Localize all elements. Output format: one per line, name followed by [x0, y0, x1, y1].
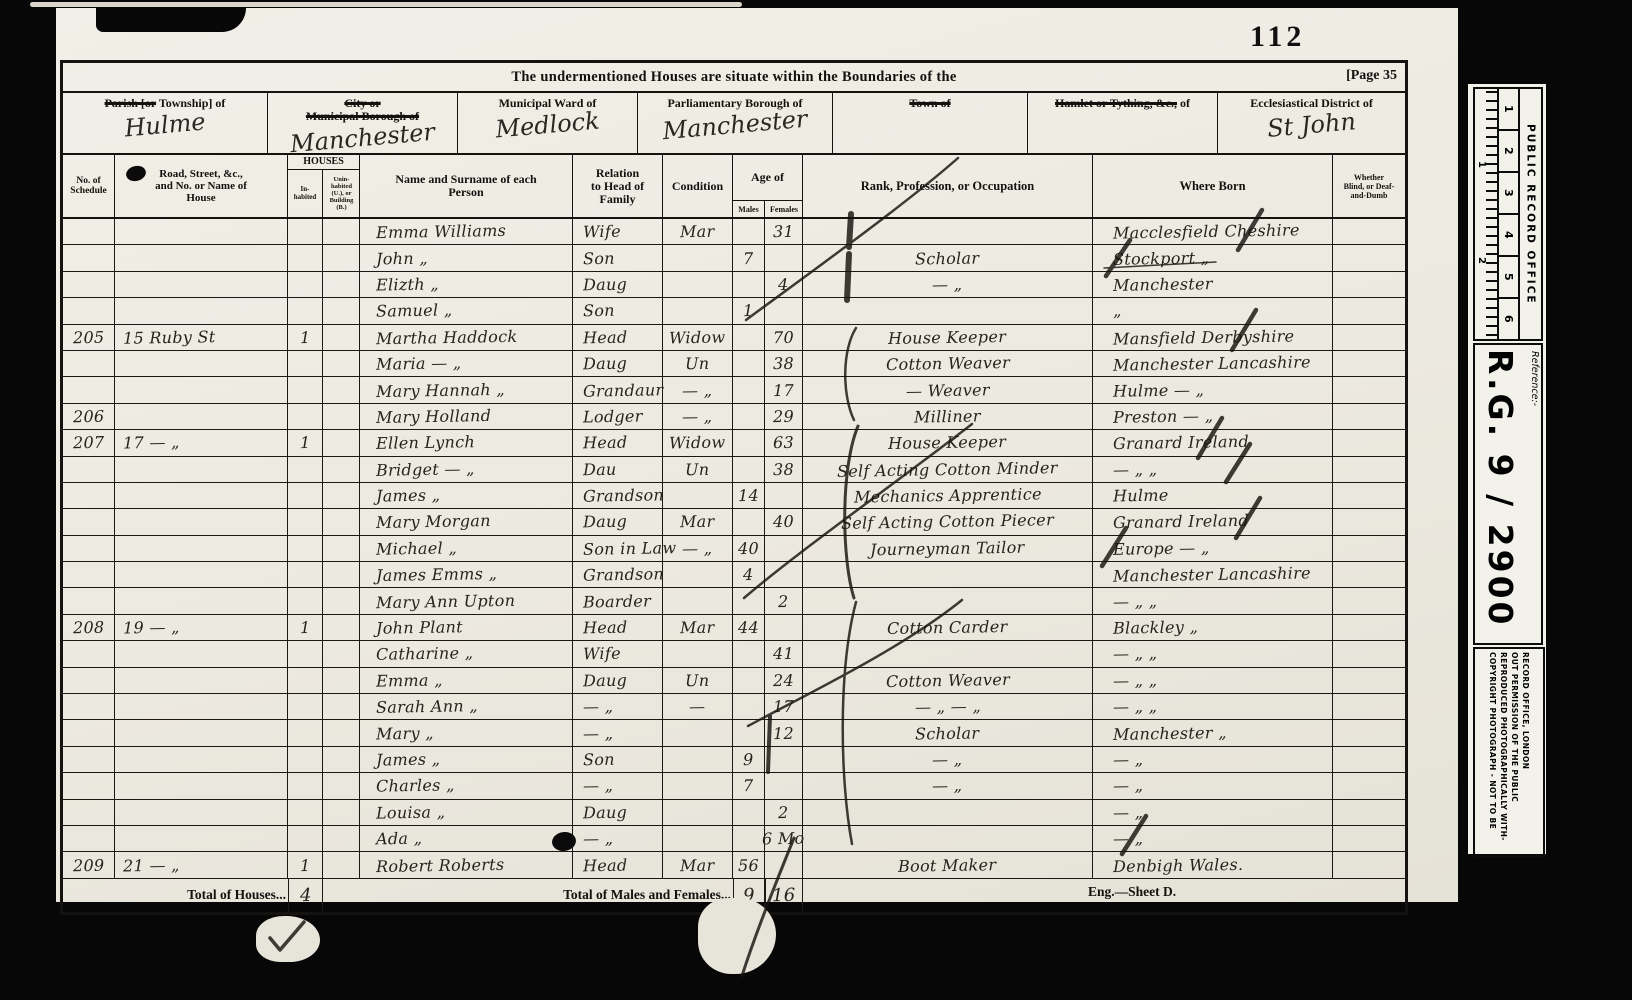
- condition-cell: [663, 826, 733, 851]
- table-row: Sarah Ann „ — „ — 17 — „ — „ — „ „: [63, 694, 1405, 720]
- road-cell: [115, 404, 288, 429]
- where-born-cell: „: [1093, 298, 1333, 323]
- condition-cell: [663, 483, 733, 508]
- relation-cell: Daug: [573, 351, 663, 376]
- condition-cell: [663, 720, 733, 745]
- where-born-cell: Europe — „: [1093, 536, 1333, 561]
- blind-cell: [1333, 325, 1405, 350]
- where-born-cell: Blackley „: [1093, 615, 1333, 640]
- where-born-cell: Manchester „: [1093, 720, 1333, 745]
- blind-cell: [1333, 219, 1405, 244]
- age-male-cell: [733, 430, 765, 455]
- uninhabited-cell: [323, 404, 360, 429]
- where-born-cell: Hulme — „: [1093, 377, 1333, 402]
- col-road: Road, Street, &c.,and No. or Name ofHous…: [115, 155, 288, 217]
- age-female-cell: [765, 773, 803, 798]
- inhabited-cell: [288, 245, 323, 270]
- road-cell: 19 — „: [115, 615, 288, 640]
- road-cell: [115, 219, 288, 244]
- uninhabited-cell: [323, 219, 360, 244]
- field-parliamentary-borough: Parliamentary Borough of Manchester: [638, 93, 833, 153]
- col-age-males: Males: [733, 201, 765, 217]
- table-row: Elizth „ Daug 4 — „ Manchester: [63, 272, 1405, 298]
- age-female-cell: 12: [765, 720, 803, 745]
- relation-cell: Grandson: [573, 562, 663, 587]
- name-cell: Catharine „: [360, 641, 573, 666]
- pro-reference-box: Reference:- R.G. 9 / 2900: [1473, 343, 1543, 645]
- road-cell: [115, 483, 288, 508]
- col-inhabited: In-habited: [288, 170, 323, 217]
- uninhabited-cell: [323, 800, 360, 825]
- name-cell: Ellen Lynch: [360, 430, 573, 455]
- schedule-cell: [63, 694, 115, 719]
- blind-cell: [1333, 430, 1405, 455]
- occupation-cell: [803, 298, 1093, 323]
- name-cell: Maria — „: [360, 351, 573, 376]
- col-uninhabited: Unin-habited(U.), orBuilding(B.): [323, 170, 360, 217]
- inhabited-cell: [288, 509, 323, 534]
- blind-cell: [1333, 272, 1405, 297]
- sheet-edge-sliver: [30, 2, 742, 7]
- photo-corner-shadow: [96, 8, 246, 32]
- col-condition: Condition: [663, 155, 733, 217]
- name-cell: Emma Williams: [360, 219, 573, 244]
- uninhabited-cell: [323, 694, 360, 719]
- age-female-cell: 17: [765, 377, 803, 402]
- name-cell: James Emms „: [360, 562, 573, 587]
- table-row: Michael „ Son in Law — „ 40 Journeyman T…: [63, 536, 1405, 562]
- schedule-cell: [63, 668, 115, 693]
- name-cell: Mary „: [360, 720, 573, 745]
- table-row: 209 21 — „ 1 Robert Roberts Head Mar 56 …: [63, 852, 1405, 878]
- col-where-born: Where Born: [1093, 155, 1333, 217]
- inhabited-cell: [288, 483, 323, 508]
- occupation-cell: Cotton Weaver: [803, 351, 1093, 376]
- condition-cell: — „: [663, 377, 733, 402]
- schedule-cell: 207: [63, 430, 115, 455]
- uninhabited-cell: [323, 641, 360, 666]
- blind-cell: [1333, 483, 1405, 508]
- name-cell: John „: [360, 245, 573, 270]
- age-female-cell: [765, 483, 803, 508]
- total-houses-label: Total of Houses...: [63, 879, 288, 912]
- age-female-cell: 24: [765, 668, 803, 693]
- age-female-cell: [765, 245, 803, 270]
- inhabited-cell: 1: [288, 852, 323, 877]
- uninhabited-cell: [323, 826, 360, 851]
- name-cell: Michael „: [360, 536, 573, 561]
- col-schedule: No. ofSchedule: [63, 155, 115, 217]
- road-cell: [115, 351, 288, 376]
- relation-cell: Daug: [573, 668, 663, 693]
- where-born-cell: — „: [1093, 826, 1333, 851]
- relation-cell: Head: [573, 325, 663, 350]
- table-row: 206 Mary Holland Lodger — „ 29 Milliner …: [63, 404, 1405, 430]
- where-born-cell: Preston — „: [1093, 404, 1333, 429]
- relation-cell: Son: [573, 245, 663, 270]
- inhabited-cell: 1: [288, 430, 323, 455]
- table-row: Mary Ann Upton Boarder 2 — „ „: [63, 588, 1405, 614]
- age-female-cell: [765, 615, 803, 640]
- age-male-cell: 44: [733, 615, 765, 640]
- uninhabited-cell: [323, 351, 360, 376]
- road-cell: [115, 509, 288, 534]
- relation-cell: Son: [573, 747, 663, 772]
- col-age-females: Females: [765, 201, 803, 217]
- where-born-cell: Mansfield Derbyshire: [1093, 325, 1333, 350]
- relation-cell: — „: [573, 773, 663, 798]
- blind-cell: [1333, 298, 1405, 323]
- name-cell: Bridget — „: [360, 457, 573, 482]
- age-male-cell: 4: [733, 562, 765, 587]
- road-cell: 17 — „: [115, 430, 288, 455]
- table-row: James „ Grandson 14 Mechanics Apprentice…: [63, 483, 1405, 509]
- occupation-cell: Milliner: [803, 404, 1093, 429]
- name-cell: Mary Ann Upton: [360, 588, 573, 613]
- condition-cell: [663, 800, 733, 825]
- age-male-cell: [733, 668, 765, 693]
- inhabited-cell: 1: [288, 615, 323, 640]
- field-municipal-ward: Municipal Ward of Medlock: [458, 93, 638, 153]
- folio-stamp: 112: [1250, 20, 1305, 54]
- blind-cell: [1333, 747, 1405, 772]
- table-row: 208 19 — „ 1 John Plant Head Mar 44 Cott…: [63, 615, 1405, 641]
- name-cell: Charles „: [360, 773, 573, 798]
- occupation-cell: [803, 562, 1093, 587]
- condition-cell: Mar: [663, 615, 733, 640]
- paper-fragment: [698, 898, 776, 974]
- blind-cell: [1333, 668, 1405, 693]
- relation-cell: Lodger: [573, 404, 663, 429]
- where-born-cell: — „ „: [1093, 668, 1333, 693]
- relation-cell: Wife: [573, 641, 663, 666]
- blind-cell: [1333, 536, 1405, 561]
- uninhabited-cell: [323, 483, 360, 508]
- field-town: Town of: [833, 93, 1028, 153]
- paper-fragment: [256, 916, 320, 962]
- inhabited-cell: [288, 562, 323, 587]
- total-males-females-label: Total of Males and Females...: [360, 879, 733, 912]
- road-cell: [115, 245, 288, 270]
- where-born-cell: — „: [1093, 747, 1333, 772]
- where-born-cell: Manchester Lancashire: [1093, 562, 1333, 587]
- age-male-cell: 40: [733, 536, 765, 561]
- blind-cell: [1333, 509, 1405, 534]
- age-male-cell: [733, 509, 765, 534]
- inhabited-cell: [288, 536, 323, 561]
- census-sheet: 112 The undermentioned Houses are situat…: [56, 8, 1458, 902]
- road-cell: [115, 800, 288, 825]
- col-houses: HOUSES In-habited Unin-habited(U.), orBu…: [288, 155, 360, 217]
- pro-ruler: 1 2 1 2 3 4 5 6 PUBLIC RECORD OFFICE: [1473, 87, 1543, 341]
- relation-cell: Boarder: [573, 588, 663, 613]
- census-table: The undermentioned Houses are situate wi…: [60, 60, 1408, 915]
- age-male-cell: [733, 641, 765, 666]
- col-relation: Relationto Head ofFamily: [573, 155, 663, 217]
- inhabited-cell: 1: [288, 325, 323, 350]
- condition-cell: [663, 272, 733, 297]
- where-born-cell: Macclesfield Cheshire: [1093, 219, 1333, 244]
- uninhabited-cell: [323, 852, 360, 877]
- occupation-cell: — Weaver: [803, 377, 1093, 402]
- age-male-cell: [733, 325, 765, 350]
- name-cell: James „: [360, 483, 573, 508]
- occupation-cell: [803, 588, 1093, 613]
- col-name: Name and Surname of eachPerson: [360, 155, 573, 217]
- condition-cell: Un: [663, 351, 733, 376]
- where-born-cell: Denbigh Wales.: [1093, 852, 1333, 877]
- where-born-cell: Manchester: [1093, 272, 1333, 297]
- blind-cell: [1333, 245, 1405, 270]
- schedule-cell: [63, 219, 115, 244]
- blind-cell: [1333, 588, 1405, 613]
- name-cell: John Plant: [360, 615, 573, 640]
- condition-cell: Mar: [663, 852, 733, 877]
- schedule-cell: [63, 773, 115, 798]
- schedule-cell: 209: [63, 852, 115, 877]
- occupation-cell: Self Acting Cotton Minder: [803, 457, 1093, 482]
- blind-cell: [1333, 800, 1405, 825]
- relation-cell: Head: [573, 615, 663, 640]
- age-male-cell: 7: [733, 773, 765, 798]
- schedule-cell: [63, 747, 115, 772]
- table-title: The undermentioned Houses are situate wi…: [511, 69, 956, 86]
- name-cell: Robert Roberts: [360, 852, 573, 877]
- uninhabited-cell: [323, 668, 360, 693]
- uninhabited-cell: [323, 536, 360, 561]
- age-male-cell: 1: [733, 298, 765, 323]
- schedule-cell: [63, 720, 115, 745]
- schedule-cell: [63, 509, 115, 534]
- schedule-cell: [63, 245, 115, 270]
- blind-cell: [1333, 615, 1405, 640]
- schedule-cell: [63, 272, 115, 297]
- public-record-office-strip: 1 2 1 2 3 4 5 6 PUBLIC RECORD OFFICE Ref…: [1468, 84, 1546, 854]
- age-female-cell: 17: [765, 694, 803, 719]
- age-female-cell: 2: [765, 588, 803, 613]
- table-row: Mary Hannah „ Grandaur — „ 17 — Weaver H…: [63, 377, 1405, 403]
- uninhabited-cell: [323, 298, 360, 323]
- blind-cell: [1333, 457, 1405, 482]
- total-houses-value: 4: [288, 879, 323, 912]
- occupation-cell: [803, 641, 1093, 666]
- age-female-cell: 41: [765, 641, 803, 666]
- uninhabited-cell: [323, 457, 360, 482]
- inhabited-cell: [288, 404, 323, 429]
- condition-cell: Mar: [663, 509, 733, 534]
- uninhabited-cell: [323, 562, 360, 587]
- occupation-cell: Journeyman Tailor: [803, 536, 1093, 561]
- inhabited-cell: [288, 588, 323, 613]
- age-female-cell: 40: [765, 509, 803, 534]
- occupation-cell: House Keeper: [803, 325, 1093, 350]
- occupation-cell: Mechanics Apprentice: [803, 483, 1093, 508]
- occupation-cell: — „: [803, 773, 1093, 798]
- age-male-cell: [733, 219, 765, 244]
- schedule-cell: [63, 536, 115, 561]
- condition-cell: —: [663, 694, 733, 719]
- relation-cell: Head: [573, 430, 663, 455]
- census-scan-page: { "colors": {"paper": "#edeae2", "ink": …: [0, 0, 1632, 1000]
- uninhabited-cell: [323, 245, 360, 270]
- blind-cell: [1333, 773, 1405, 798]
- occupation-cell: Boot Maker: [803, 852, 1093, 877]
- age-female-cell: 4: [765, 272, 803, 297]
- reference-number: R.G. 9 / 2900: [1481, 349, 1520, 628]
- uninhabited-cell: [323, 747, 360, 772]
- age-male-cell: [733, 800, 765, 825]
- age-male-cell: [733, 377, 765, 402]
- field-ecclesiastical-district: Ecclesiastical District of St John: [1218, 93, 1405, 153]
- relation-cell: Daug: [573, 800, 663, 825]
- age-male-cell: [733, 694, 765, 719]
- inhabited-cell: [288, 773, 323, 798]
- road-cell: 21 — „: [115, 852, 288, 877]
- age-female-cell: [765, 852, 803, 877]
- age-female-cell: [765, 562, 803, 587]
- uninhabited-cell: [323, 325, 360, 350]
- condition-cell: [663, 562, 733, 587]
- relation-cell: Grandson: [573, 483, 663, 508]
- table-row: John „ Son 7 Scholar Stockport „: [63, 245, 1405, 271]
- col-age: Age of Males Females: [733, 155, 803, 217]
- relation-cell: Dau: [573, 457, 663, 482]
- age-male-cell: [733, 588, 765, 613]
- occupation-cell: House Keeper: [803, 430, 1093, 455]
- age-female-cell: 31: [765, 219, 803, 244]
- name-cell: Mary Morgan: [360, 509, 573, 534]
- occupation-cell: Scholar: [803, 245, 1093, 270]
- name-cell: Ada „: [360, 826, 573, 851]
- inhabited-cell: [288, 377, 323, 402]
- age-male-cell: [733, 720, 765, 745]
- condition-cell: [663, 245, 733, 270]
- table-row: Mary „ — „ 12 Scholar Manchester „: [63, 720, 1405, 746]
- uninhabited-cell: [323, 430, 360, 455]
- road-cell: [115, 641, 288, 666]
- table-row: 207 17 — „ 1 Ellen Lynch Head Widow 63 H…: [63, 430, 1405, 456]
- blind-cell: [1333, 826, 1405, 851]
- age-male-cell: 56: [733, 852, 765, 877]
- road-cell: [115, 720, 288, 745]
- blind-cell: [1333, 694, 1405, 719]
- age-female-cell: [765, 747, 803, 772]
- name-cell: Samuel „: [360, 298, 573, 323]
- blind-cell: [1333, 852, 1405, 877]
- schedule-cell: [63, 457, 115, 482]
- inhabited-cell: [288, 219, 323, 244]
- condition-cell: Mar: [663, 219, 733, 244]
- name-cell: Sarah Ann „: [360, 694, 573, 719]
- table-row: 205 15 Ruby St 1 Martha Haddock Head Wid…: [63, 325, 1405, 351]
- condition-cell: Un: [663, 457, 733, 482]
- occupation-cell: [803, 219, 1093, 244]
- inhabited-cell: [288, 272, 323, 297]
- name-cell: Mary Hannah „: [360, 377, 573, 402]
- condition-cell: [663, 588, 733, 613]
- table-row: Louisa „ Daug 2 — „: [63, 800, 1405, 826]
- where-born-cell: — „: [1093, 773, 1333, 798]
- table-row: Catharine „ Wife 41 — „ „: [63, 641, 1405, 667]
- inhabited-cell: [288, 826, 323, 851]
- schedule-cell: [63, 800, 115, 825]
- schedule-cell: [63, 588, 115, 613]
- occupation-cell: Cotton Carder: [803, 615, 1093, 640]
- uninhabited-cell: [323, 272, 360, 297]
- road-cell: [115, 747, 288, 772]
- blind-cell: [1333, 641, 1405, 666]
- age-female-cell: 6 Mo: [765, 826, 803, 851]
- location-header: Parish [or Township] of Hulme City orMun…: [63, 93, 1405, 155]
- table-row: Maria — „ Daug Un 38 Cotton Weaver Manch…: [63, 351, 1405, 377]
- ruler-numbers: 1 2 3 4 5 6: [1499, 89, 1520, 339]
- road-cell: [115, 694, 288, 719]
- table-row: James Emms „ Grandson 4 Manchester Lanca…: [63, 562, 1405, 588]
- blind-cell: [1333, 562, 1405, 587]
- uninhabited-cell: [323, 615, 360, 640]
- occupation-cell: — „: [803, 272, 1093, 297]
- copyright-notice: COPYRIGHT PHOTOGRAPH - NOT TO BE REPRODU…: [1473, 647, 1545, 857]
- col-occupation: Rank, Profession, or Occupation: [803, 155, 1093, 217]
- condition-cell: Widow: [663, 325, 733, 350]
- table-row: Mary Morgan Daug Mar 40 Self Acting Cott…: [63, 509, 1405, 535]
- condition-cell: [663, 641, 733, 666]
- table-row: Charles „ — „ 7 — „ — „: [63, 773, 1405, 799]
- uninhabited-cell: [323, 773, 360, 798]
- page-number-label: [Page 35: [1346, 68, 1397, 84]
- relation-cell: Grandaur: [573, 377, 663, 402]
- inhabited-cell: [288, 298, 323, 323]
- name-cell: Elizth „: [360, 272, 573, 297]
- occupation-cell: Scholar: [803, 720, 1093, 745]
- where-born-cell: — „: [1093, 800, 1333, 825]
- table-row: Emma „ Daug Un 24 Cotton Weaver — „ „: [63, 668, 1405, 694]
- where-born-cell: — „ „: [1093, 641, 1333, 666]
- road-cell: [115, 562, 288, 587]
- relation-cell: Head: [573, 852, 663, 877]
- blind-cell: [1333, 720, 1405, 745]
- where-born-cell: Hulme: [1093, 483, 1333, 508]
- schedule-cell: [63, 562, 115, 587]
- relation-cell: — „: [573, 720, 663, 745]
- condition-cell: [663, 298, 733, 323]
- where-born-cell: Granard Ireland: [1093, 430, 1333, 455]
- condition-cell: — „: [663, 404, 733, 429]
- schedule-cell: [63, 826, 115, 851]
- occupation-cell: Cotton Weaver: [803, 668, 1093, 693]
- relation-cell: Daug: [573, 509, 663, 534]
- inhabited-cell: [288, 351, 323, 376]
- where-born-cell: — „ „: [1093, 457, 1333, 482]
- column-header-row: No. ofSchedule Road, Street, &c.,and No.…: [63, 155, 1405, 219]
- inhabited-cell: [288, 457, 323, 482]
- road-cell: [115, 773, 288, 798]
- where-born-cell: Stockport „: [1093, 245, 1333, 270]
- occupation-cell: — „ — „: [803, 694, 1093, 719]
- road-cell: 15 Ruby St: [115, 325, 288, 350]
- uninhabited-cell: [323, 509, 360, 534]
- name-cell: Louisa „: [360, 800, 573, 825]
- col-blind: WhetherBlind, or Deaf-and-Dumb: [1333, 155, 1405, 217]
- road-cell: [115, 298, 288, 323]
- road-cell: [115, 377, 288, 402]
- table-row: Bridget — „ Dau Un 38 Self Acting Cotton…: [63, 457, 1405, 483]
- relation-cell: Son in Law: [573, 536, 663, 561]
- table-row: Emma Williams Wife Mar 31 Macclesfield C…: [63, 219, 1405, 245]
- uninhabited-cell: [323, 377, 360, 402]
- relation-cell: — „: [573, 694, 663, 719]
- age-female-cell: [765, 298, 803, 323]
